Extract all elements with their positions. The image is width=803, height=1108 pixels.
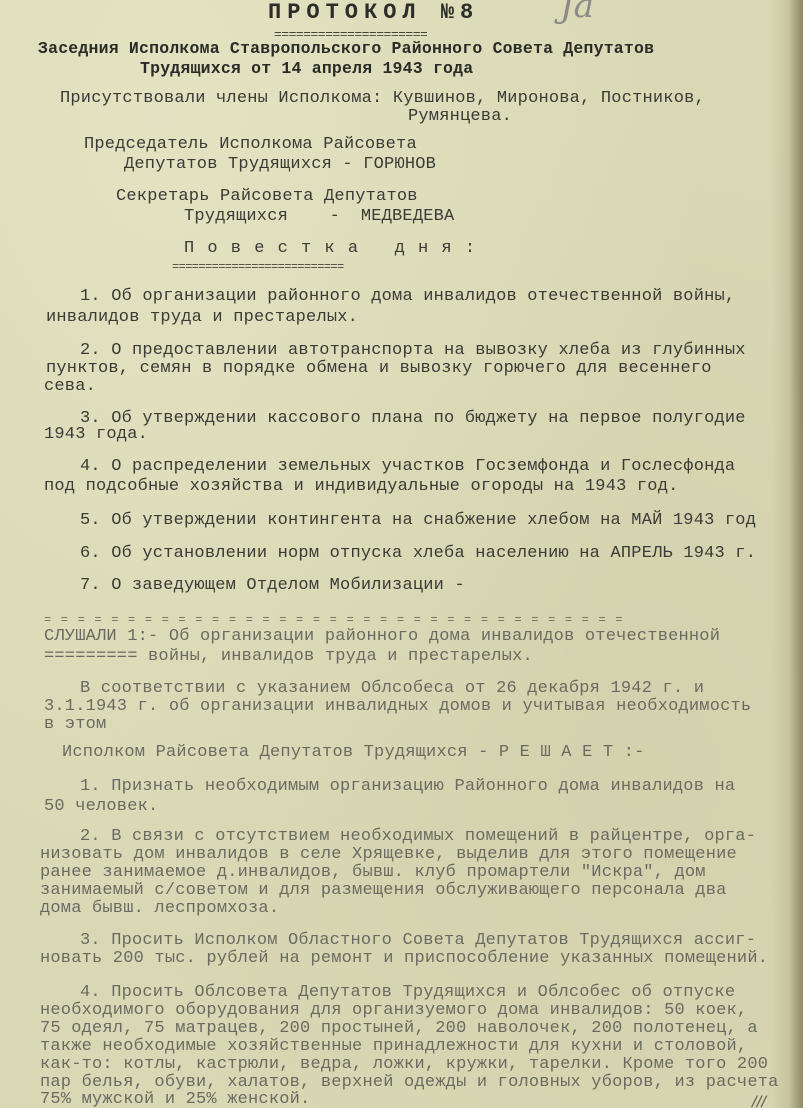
decision-4-line-3: 75 одеял, 75 матрацев, 200 простыней, 20… [40,1020,758,1038]
agenda-item-2-line-2: пунктов, семян в порядке обмена и вывозк… [46,360,712,378]
decision-2-line-5: дома бывш. леспромхоза. [40,900,279,918]
agenda-heading: П о в е с т к а д н я : [184,240,477,258]
subtitle-line-1: Заседния Исполкома Ставропольского Район… [38,40,654,58]
protocol-page: Ja ПРОТОКОЛ №8 ===================== Зас… [0,0,803,1108]
secretary-line-1: Секретарь Райсовета Депутатов [116,188,418,206]
heard-line-2: ========= войны, инвалидов труда и прест… [44,648,533,666]
agenda-item-4-line-2: под подсобные хозяйства и индивидуальные… [44,478,679,496]
heard-line-1: СЛУШАЛИ 1:- Об организации районного дом… [44,628,720,646]
basis-line-1: В соответствии с указанием Облсобеса от … [80,680,704,698]
agenda-item-1-line-1: 1. Об организации районного дома инвалид… [80,288,735,306]
handwritten-mark-bottom: /// [752,1094,766,1108]
agenda-item-3-line-2: 1943 года. [44,426,148,444]
subtitle-line-2: Трудящихся от 14 апреля 1943 года [140,60,473,78]
agenda-item-2-line-3: сева. [44,378,96,396]
decision-2-line-1: 2. В связи с отсутствием необходимых пом… [80,828,756,846]
decision-1-line-2: 50 человек. [44,798,158,816]
present-line-2: Румянцева. [408,108,512,126]
decision-4-line-1: 4. Просить Облсовета Депутатов Трудящихс… [80,984,735,1002]
agenda-item-1-line-2: инвалидов труда и престарелых. [46,309,358,327]
agenda-underline: ========================== [172,262,344,272]
basis-line-3: в этом [44,716,106,734]
decision-4-line-7: 75% мужской и 25% женской. [40,1091,310,1108]
decision-4-line-4: также необходимые хозяйственные принадле… [40,1038,747,1056]
section-divider: = = = = = = = = = = = = = = = = = = = = … [44,615,794,625]
chairman-line-1: Председатель Исполкома Райсовета [84,136,417,154]
page-edge-shadow [789,0,803,1108]
decision-1-line-1: 1. Признать необходимым организацию Райо… [80,778,735,796]
decides-line: Исполком Райсовета Депутатов Трудящихся … [62,744,645,762]
agenda-item-2-line-1: 2. О предоставлении автотранспорта на вы… [80,342,746,360]
chairman-line-2: Депутатов Трудящихся - ГОРЮНОВ [124,156,436,174]
agenda-item-5: 5. Об утверждении контингента на снабжен… [80,512,756,530]
agenda-item-7: 7. О заведующем Отделом Мобилизации - [80,577,465,595]
present-line-1: Присутствовали члены Исполкома: Кувшинов… [60,90,705,108]
handwritten-mark-top: Ja [560,0,594,26]
document-title: ПРОТОКОЛ №8 [268,4,479,22]
decision-4-line-2: необходимого оборудования для организуем… [40,1002,747,1020]
secretary-line-2: Трудящихся - МЕДВЕДЕВА [184,208,454,226]
decision-4-line-5: как-то: котлы, кастрюли, ведра, ложки, к… [40,1056,768,1074]
basis-line-2: 3.1.1943 г. об организации инвалидных до… [44,698,751,716]
agenda-item-4-line-1: 4. О распределении земельных участков Го… [80,458,735,476]
decision-2-line-4: занимаемый с/советом и для размещения об… [40,882,727,900]
decision-3-line-2: новать 200 тыс. рублей на ремонт и присп… [40,950,768,968]
decision-2-line-3: ранее занимаемое д.инвалидов, бывш. клуб… [40,864,706,882]
agenda-item-6: 6. Об установлении норм отпуска хлеба на… [80,545,756,563]
decision-3-line-1: 3. Просить Исполком Областного Совета Де… [80,932,756,950]
agenda-item-3-line-1: 3. Об утверждении кассового плана по бюд… [80,410,746,428]
decision-2-line-2: низовать дом инвалидов в селе Хрящевке, … [40,846,737,864]
